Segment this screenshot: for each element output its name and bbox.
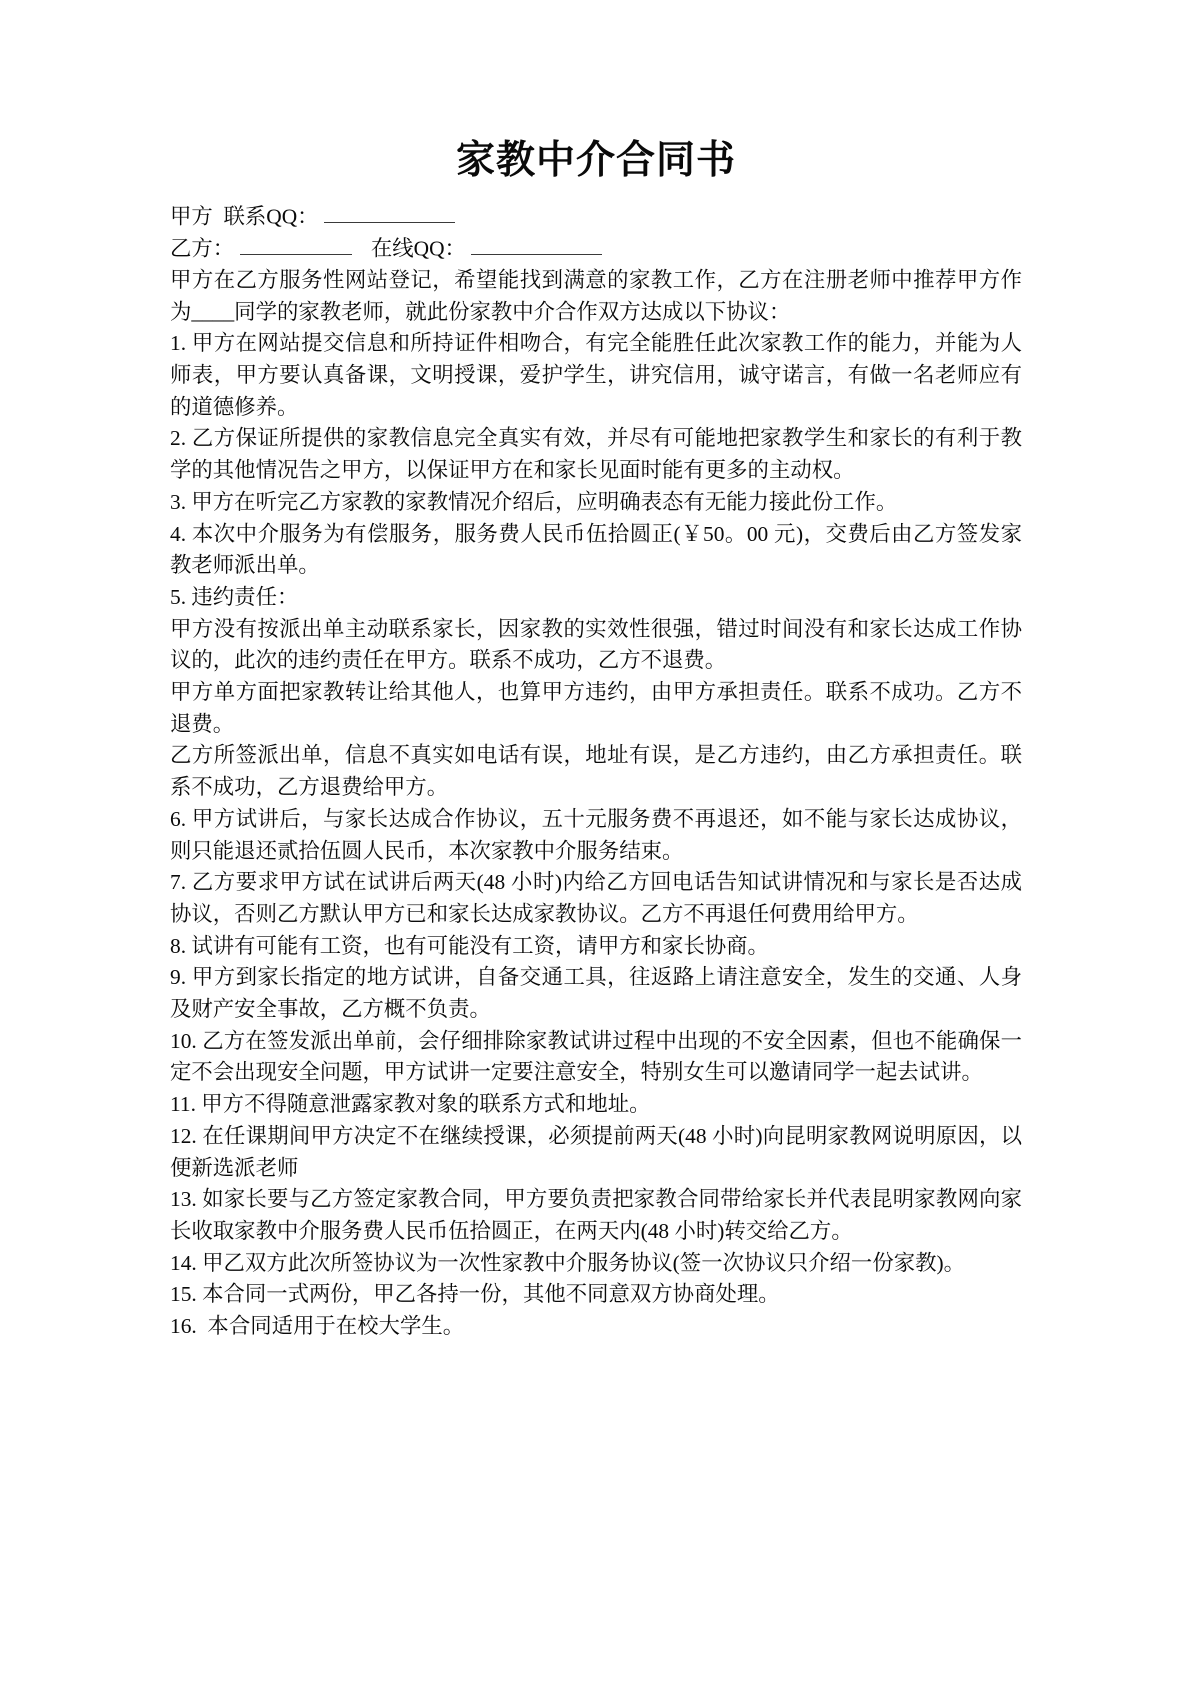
party-b-label: 乙方：: [170, 236, 240, 260]
clause-4: 4. 本次中介服务为有偿服务，服务费人民币伍拾圆正(￥50。00 元)，交费后由…: [170, 519, 1022, 582]
clause-6: 6. 甲方试讲后，与家长达成合作协议，五十元服务费不再退还，如不能与家长达成协议…: [170, 804, 1022, 867]
clause-1: 1. 甲方在网站提交信息和所持证件相吻合，有完全能胜任此次家教工作的能力，并能为…: [170, 328, 1022, 423]
party-b-qq-blank: [471, 233, 602, 255]
clause-5-heading: 5. 违约责任：: [170, 582, 1022, 614]
clause-13: 13. 如家长要与乙方签定家教合同，甲方要负责把家教合同带给家长并代表昆明家教网…: [170, 1184, 1022, 1247]
clause-10: 10. 乙方在签发派出单前，会仔细排除家教试讲过程中出现的不安全因素，但也不能确…: [170, 1026, 1022, 1089]
intro-paragraph: 甲方在乙方服务性网站登记，希望能找到满意的家教工作，乙方在注册老师中推荐甲方作为…: [170, 265, 1022, 328]
clause-11: 11. 甲方不得随意泄露家教对象的联系方式和地址。: [170, 1089, 1022, 1121]
party-a-line: 甲方 联系QQ：: [170, 201, 1022, 233]
clause-2: 2. 乙方保证所提供的家教信息完全真实有效，并尽有可能地把家教学生和家长的有利于…: [170, 423, 1022, 486]
clause-5-sub-2: 甲方单方面把家教转让给其他人，也算甲方违约，由甲方承担责任。联系不成功。乙方不退…: [170, 677, 1022, 740]
clause-15: 15. 本合同一式两份，甲乙各持一份，其他不同意双方协商处理。: [170, 1279, 1022, 1311]
party-b-line: 乙方： 在线QQ：: [170, 233, 1022, 265]
clause-12: 12. 在任课期间甲方决定不在继续授课，必须提前两天(48 小时)向昆明家教网说…: [170, 1121, 1022, 1184]
party-b-online-qq-label: 在线QQ：: [366, 236, 472, 260]
contract-document: 家教中介合同书 甲方 联系QQ： 乙方： 在线QQ： 甲方在乙方服务性网站登记，…: [0, 0, 1190, 1683]
clause-7: 7. 乙方要求甲方试在试讲后两天(48 小时)内给乙方回电话告知试讲情况和与家长…: [170, 867, 1022, 930]
clause-16: 16. 本合同适用于在校大学生。: [170, 1311, 1022, 1343]
clause-3: 3. 甲方在听完乙方家教的家教情况介绍后，应明确表态有无能力接此份工作。: [170, 487, 1022, 519]
clause-14: 14. 甲乙双方此次所签协议为一次性家教中介服务协议(签一次协议只介绍一份家教)…: [170, 1248, 1022, 1280]
clause-5-sub-1: 甲方没有按派出单主动联系家长，因家教的实效性很强，错过时间没有和家长达成工作协议…: [170, 614, 1022, 677]
party-b-name-blank: [240, 233, 352, 255]
clause-8: 8. 试讲有可能有工资，也有可能没有工资，请甲方和家长协商。: [170, 931, 1022, 963]
clause-5-sub-3: 乙方所签派出单，信息不真实如电话有误，地址有误，是乙方违约，由乙方承担责任。联系…: [170, 740, 1022, 803]
page-title: 家教中介合同书: [170, 136, 1022, 187]
party-a-qq-blank: [324, 201, 455, 223]
clause-9: 9. 甲方到家长指定的地方试讲，自备交通工具，往返路上请注意安全，发生的交通、人…: [170, 962, 1022, 1025]
party-a-qq-label: 甲方 联系QQ：: [170, 204, 324, 228]
